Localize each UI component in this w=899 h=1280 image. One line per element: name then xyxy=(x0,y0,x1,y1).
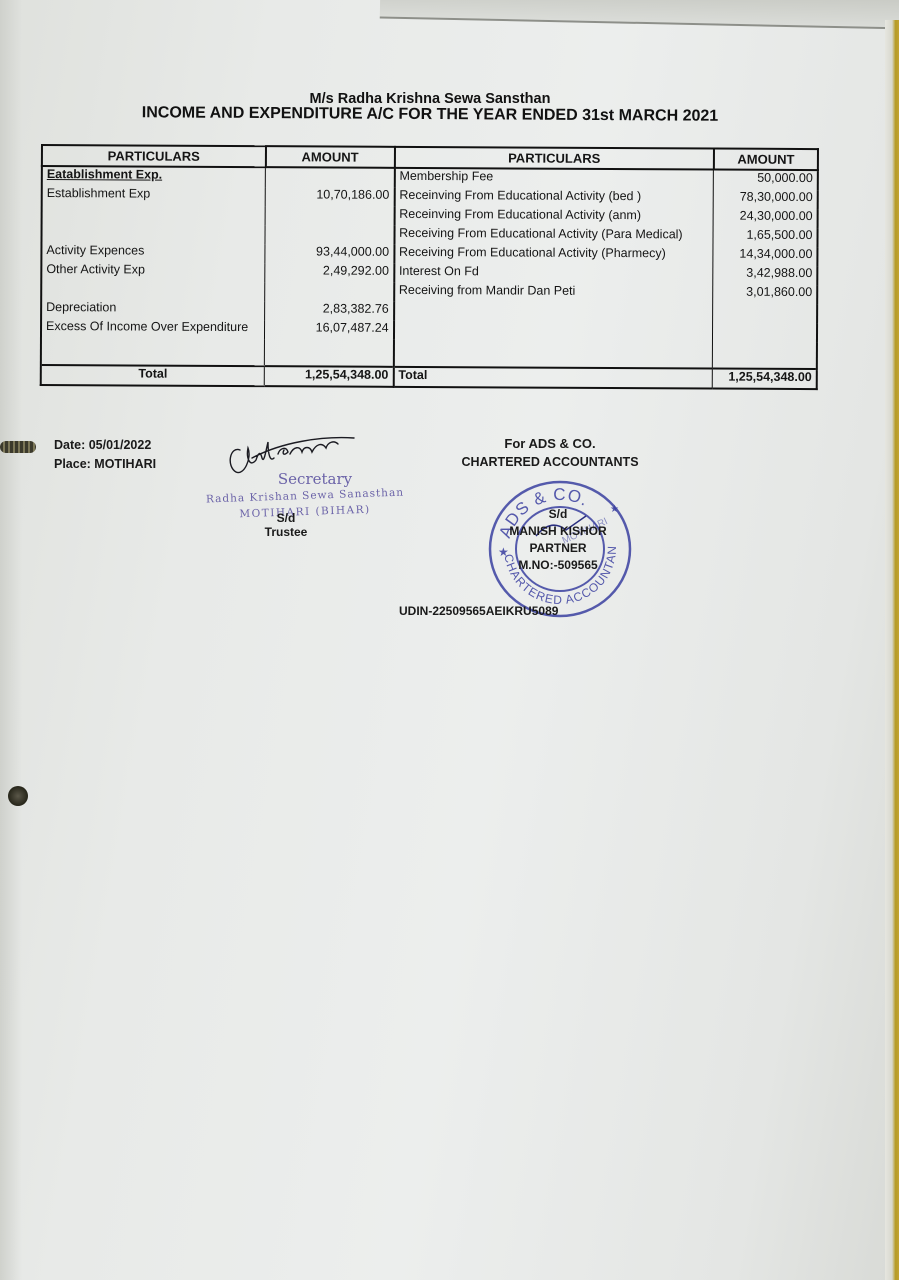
income-particular: Receiving from Mandir Dan Peti xyxy=(394,283,713,304)
income-particular: Receiving From Educational Activity (Par… xyxy=(394,226,713,247)
trustee-label: Trustee xyxy=(256,525,316,539)
income-amount: 1,65,500.00 xyxy=(713,228,817,248)
auditor-designation: CHARTERED ACCOUNTANTS xyxy=(440,453,660,472)
income-amount: 24,30,000.00 xyxy=(714,209,818,229)
expenditure-particular xyxy=(41,281,265,301)
income-particulars-header: PARTICULARS xyxy=(395,147,714,170)
auditor-firm: For ADS & CO. xyxy=(440,434,660,453)
udin-number: UDIN-22509565AEIKRU5089 xyxy=(399,604,558,618)
expenditure-particular: Depreciation xyxy=(41,300,265,320)
income-amount xyxy=(713,304,817,324)
income-amount xyxy=(713,323,817,343)
income-amount: 14,34,000.00 xyxy=(713,247,817,267)
expenditure-amount xyxy=(265,206,394,226)
expenditure-total-amount: 1,25,54,348.00 xyxy=(264,366,393,387)
trustee-sd: S/d xyxy=(256,511,316,525)
expenditure-total-label: Total xyxy=(41,365,265,386)
trustee-signoff: S/d Trustee xyxy=(256,511,316,539)
income-particular: Receiving From Educational Activity (Pha… xyxy=(394,245,713,266)
total-row: Total 1,25,54,348.00 Total 1,25,54,348.0… xyxy=(41,365,817,389)
income-amount: 3,42,988.00 xyxy=(713,266,817,286)
partner-sd: S/d xyxy=(498,506,618,523)
document-title: INCOME AND EXPENDITURE A/C FOR THE YEAR … xyxy=(0,103,860,126)
income-total-label: Total xyxy=(393,367,712,389)
partner-name: MANISH KISHOR xyxy=(498,523,618,540)
income-particular xyxy=(394,321,713,342)
partner-role: PARTNER xyxy=(498,540,618,557)
expenditure-section-heading: Eatablishment Exp. xyxy=(42,166,266,187)
income-amount: 78,30,000.00 xyxy=(714,190,818,210)
table-spacer-row xyxy=(41,338,817,369)
income-particular: Receinving From Educational Activity (an… xyxy=(394,207,713,228)
expenditure-amount: 93,44,000.00 xyxy=(265,244,394,264)
folded-page-edge xyxy=(380,0,899,30)
income-particular: Interest On Fd xyxy=(394,264,713,285)
auditor-block: For ADS & CO. CHARTERED ACCOUNTANTS xyxy=(440,434,660,472)
expenditure-particular: Excess Of Income Over Expenditure xyxy=(41,319,265,339)
document-place: Place: MOTIHARI xyxy=(54,455,156,474)
binder-ring-icon xyxy=(8,786,28,806)
income-total-amount: 1,25,54,348.00 xyxy=(713,369,817,390)
expenditure-amount xyxy=(265,282,394,302)
expenditure-amount: 10,70,186.00 xyxy=(265,187,394,207)
file-folder-edge xyxy=(885,20,899,1280)
secretary-title: Secretary xyxy=(210,470,420,488)
partner-signoff: S/d MANISH KISHOR PARTNER M.NO:-509565 xyxy=(498,506,618,574)
income-expenditure-table: PARTICULARS AMOUNT PARTICULARS AMOUNT Ea… xyxy=(40,144,819,390)
date-place-block: Date: 05/01/2022 Place: MOTIHARI xyxy=(54,436,156,474)
expenditure-particular xyxy=(41,224,265,244)
income-amount-header: AMOUNT xyxy=(714,149,818,171)
expenditure-particular: Activity Expences xyxy=(41,243,265,263)
expenditure-particular: Establishment Exp xyxy=(42,186,266,206)
expenditure-amount: 16,07,487.24 xyxy=(265,320,394,340)
income-amount: 50,000.00 xyxy=(714,170,818,191)
binder-ring-icon xyxy=(0,441,36,453)
expenditure-particular xyxy=(42,205,266,225)
income-particular: Membership Fee xyxy=(394,168,713,190)
membership-number: M.NO:-509565 xyxy=(498,557,618,574)
document-date: Date: 05/01/2022 xyxy=(54,436,156,455)
income-particular xyxy=(394,302,713,323)
income-amount: 3,01,860.00 xyxy=(713,285,817,305)
expenditure-amount xyxy=(265,225,394,245)
binding-shadow xyxy=(0,0,22,1280)
expenditure-particular: Other Activity Exp xyxy=(41,262,265,282)
expenditure-amount: 2,49,292.00 xyxy=(265,263,394,283)
expenditure-amount-header: AMOUNT xyxy=(266,146,395,168)
expenditure-amount: 2,83,382.76 xyxy=(265,301,394,321)
income-particular: Receinving From Educational Activity (be… xyxy=(394,188,713,209)
document-page: M/s Radha Krishna Sewa Sansthan INCOME A… xyxy=(0,0,899,1280)
expenditure-particulars-header: PARTICULARS xyxy=(42,145,266,167)
